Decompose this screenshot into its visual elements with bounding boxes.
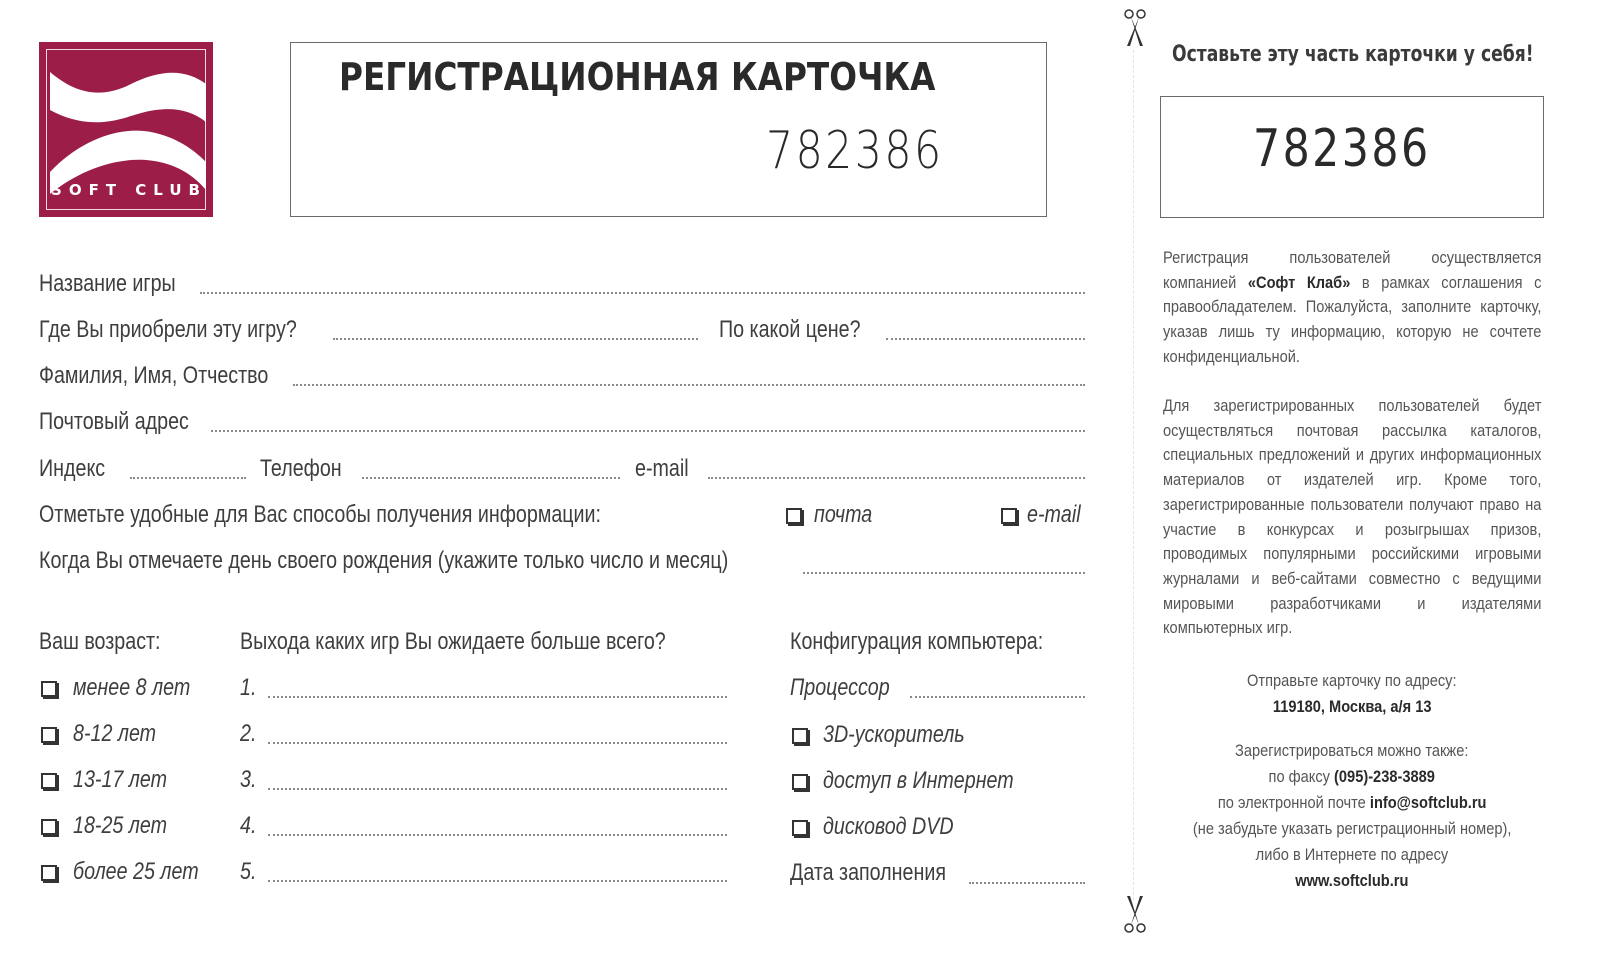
contact-post-checkbox[interactable] — [786, 508, 802, 524]
email-address-link[interactable]: info@softclub.ru — [1370, 793, 1487, 812]
price-field[interactable] — [886, 338, 1085, 340]
age-8-12-label: 8-12 лет — [73, 720, 174, 748]
date-filled-field[interactable] — [969, 882, 1085, 884]
registration-card-header: РЕГИСТРАЦИОННАЯ КАРТОЧКА 782386 — [290, 42, 1047, 217]
3d-accelerator-checkbox[interactable] — [792, 728, 808, 744]
expected-game-4-field[interactable] — [268, 834, 727, 836]
price-label: По какой цене? — [719, 316, 892, 344]
expected-game-number: 1. — [240, 674, 260, 702]
email-label: e-mail — [635, 455, 700, 483]
where-bought-label: Где Вы приобрели эту игру? — [39, 316, 353, 344]
fax-label: по факсу — [1269, 767, 1330, 786]
contact-email-label: e-mail — [1027, 501, 1092, 529]
age-under-8-checkbox[interactable] — [41, 681, 57, 697]
expected-games-title: Выхода каких игр Вы ожидаете больше всег… — [240, 628, 759, 656]
age-13-17-checkbox[interactable] — [41, 773, 57, 789]
internet-access-label: доступ в Интернет — [823, 767, 1056, 795]
contact-email-checkbox[interactable] — [1001, 508, 1017, 524]
expected-game-2-field[interactable] — [268, 742, 727, 744]
age-over-25-checkbox[interactable] — [41, 865, 57, 881]
expected-game-3-field[interactable] — [268, 788, 727, 790]
send-address: 119180, Москва, а/я 13 — [1273, 694, 1432, 720]
index-label: Индекс — [39, 455, 120, 483]
age-18-25-label: 18-25 лет — [73, 812, 188, 840]
stub-paragraph-1: Регистрация пользователей осуществляется… — [1163, 246, 1541, 370]
scissors-icon — [1121, 894, 1149, 934]
cut-line-divider — [1133, 50, 1134, 900]
email-field[interactable] — [708, 477, 1085, 479]
expected-game-number: 4. — [240, 812, 260, 840]
date-filled-label: Дата заполнения — [790, 859, 980, 887]
stub-heading: Оставьте эту часть карточки у себя! — [1172, 42, 1534, 67]
where-bought-field[interactable] — [333, 338, 698, 340]
company-name: «Софт Клаб» — [1248, 273, 1350, 292]
soft-club-logo: SOFT CLUB — [39, 42, 213, 217]
phone-field[interactable] — [362, 477, 620, 479]
internet-access-checkbox[interactable] — [792, 774, 808, 790]
reminder-text: (не забудьте указать регистрационный ном… — [1193, 816, 1511, 842]
contact-methods-prompt: Отметьте удобные для Вас способы получен… — [39, 501, 724, 529]
also-label: Зарегистрироваться можно также: — [1235, 738, 1468, 764]
3d-accelerator-label: 3D-ускоритель — [823, 721, 996, 749]
postal-address-label: Почтовый адрес — [39, 408, 222, 436]
logo-brand-text: SOFT CLUB — [41, 181, 211, 199]
age-under-8-label: менее 8 лет — [73, 674, 216, 702]
mailing-info: Отправьте карточку по адресу: 119180, Мо… — [1163, 668, 1541, 720]
game-name-label: Название игры — [39, 270, 206, 298]
age-13-17-label: 13-17 лет — [73, 766, 188, 794]
registration-number: 782386 — [766, 121, 944, 181]
postal-address-field[interactable] — [211, 430, 1085, 432]
dvd-drive-checkbox[interactable] — [792, 820, 808, 836]
stub-registration-number: 782386 — [1253, 119, 1431, 179]
birthday-label: Когда Вы отмечаете день своего рождения … — [39, 547, 880, 575]
fax-number: (095)-238-3889 — [1334, 767, 1435, 786]
web-label: либо в Интернете по адресу — [1256, 842, 1449, 868]
age-8-12-checkbox[interactable] — [41, 727, 57, 743]
age-18-25-checkbox[interactable] — [41, 819, 57, 835]
scissors-icon — [1121, 8, 1149, 48]
phone-label: Телефон — [260, 455, 360, 483]
age-over-25-label: более 25 лет — [73, 858, 226, 886]
full-name-field[interactable] — [293, 384, 1085, 386]
index-field[interactable] — [130, 477, 246, 479]
expected-game-number: 3. — [240, 766, 260, 794]
website-link[interactable]: www.softclub.ru — [1295, 868, 1408, 894]
game-name-field[interactable] — [200, 292, 1085, 294]
config-title: Конфигурация компьютера: — [790, 628, 1099, 656]
expected-game-number: 2. — [240, 720, 260, 748]
expected-game-number: 5. — [240, 858, 260, 886]
processor-field[interactable] — [910, 696, 1085, 698]
page-title: РЕГИСТРАЦИОННАЯ КАРТОЧКА — [339, 55, 935, 99]
send-label: Отправьте карточку по адресу: — [1247, 668, 1456, 694]
birthday-field[interactable] — [803, 572, 1085, 574]
expected-game-5-field[interactable] — [268, 880, 727, 882]
stub-number-box: 782386 — [1160, 96, 1544, 218]
expected-game-1-field[interactable] — [268, 696, 727, 698]
contact-post-label: почта — [814, 501, 885, 529]
age-title: Ваш возраст: — [39, 628, 187, 656]
processor-label: Процессор — [790, 674, 912, 702]
full-name-label: Фамилия, Имя, Отчество — [39, 362, 319, 390]
alternative-registration: Зарегистрироваться можно также: по факсу… — [1163, 738, 1541, 894]
email-contact-label: по электронной почте — [1218, 793, 1366, 812]
stub-paragraph-2: Для зарегистрированных пользователей буд… — [1163, 394, 1541, 641]
dvd-drive-label: дисковод DVD — [823, 813, 982, 841]
